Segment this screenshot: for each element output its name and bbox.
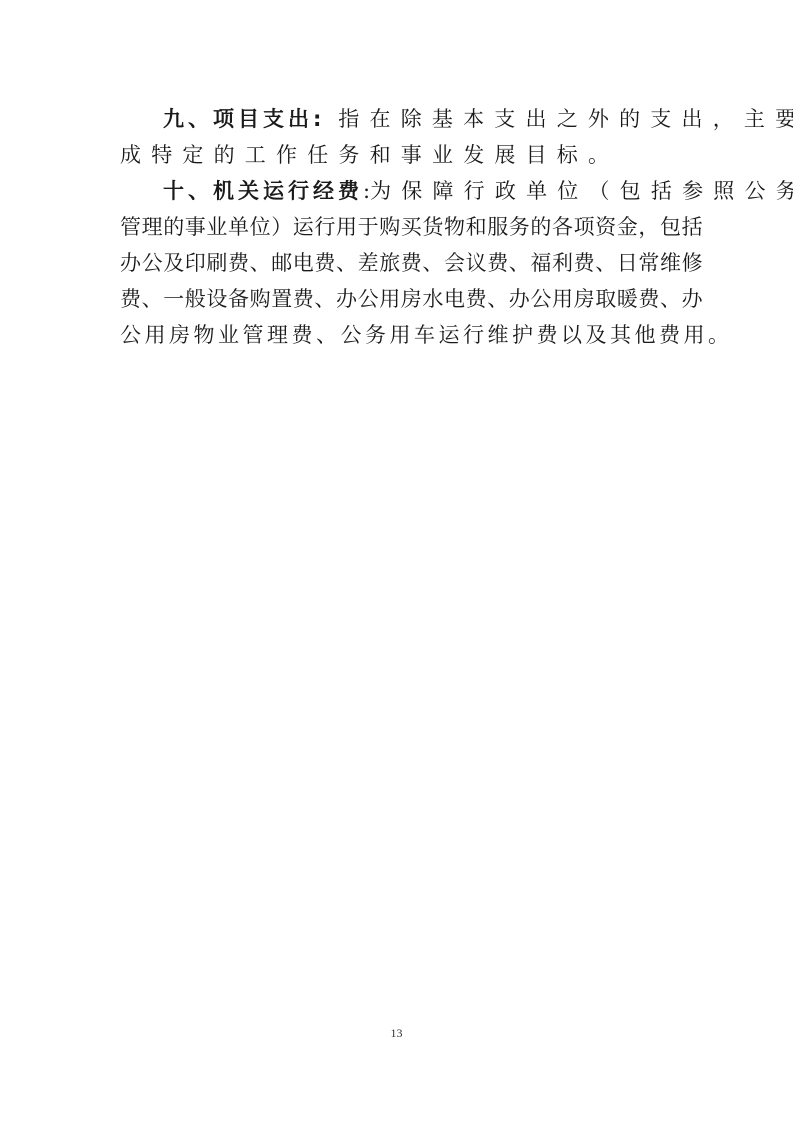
paragraph-line: 办公及印刷费、邮电费、差旅费、会议费、福利费、日常维修 xyxy=(120,245,693,281)
paragraph-line: 公用房物业管理费、公务用车运行维护费以及其他费用。 xyxy=(120,317,693,353)
page-number: 13 xyxy=(0,1026,793,1041)
paragraph-text: 指在除基本支出之外的支出，主要用于完 xyxy=(338,107,793,131)
paragraph-line: 费、一般设备购置费、办公用房水电费、办公用房取暖费、办 xyxy=(120,281,693,317)
paragraph-project-expenditure: 九、项目支出: 指在除基本支出之外的支出，主要用于完 成特定的工作任务和事业发展… xyxy=(120,101,693,173)
section-heading: 九、项目支出 xyxy=(163,107,313,131)
paragraph-line: 成特定的工作任务和事业发展目标。 xyxy=(120,137,693,173)
heading-colon: : xyxy=(313,107,321,131)
document-body: 九、项目支出: 指在除基本支出之外的支出，主要用于完 成特定的工作任务和事业发展… xyxy=(120,101,693,353)
paragraph-line: 十、机关运行经费:为保障行政单位（包括参照公务员法 xyxy=(120,173,693,209)
section-heading: 十、机关运行经费 xyxy=(163,179,363,203)
paragraph-line: 九、项目支出: 指在除基本支出之外的支出，主要用于完 xyxy=(120,101,693,137)
paragraph-line: 管理的事业单位）运行用于购买货物和服务的各项资金，包括 xyxy=(120,209,693,245)
paragraph-text: 为保障行政单位（包括参照公务员法 xyxy=(370,179,793,203)
paragraph-operating-expenses: 十、机关运行经费:为保障行政单位（包括参照公务员法 管理的事业单位）运行用于购买… xyxy=(120,173,693,353)
